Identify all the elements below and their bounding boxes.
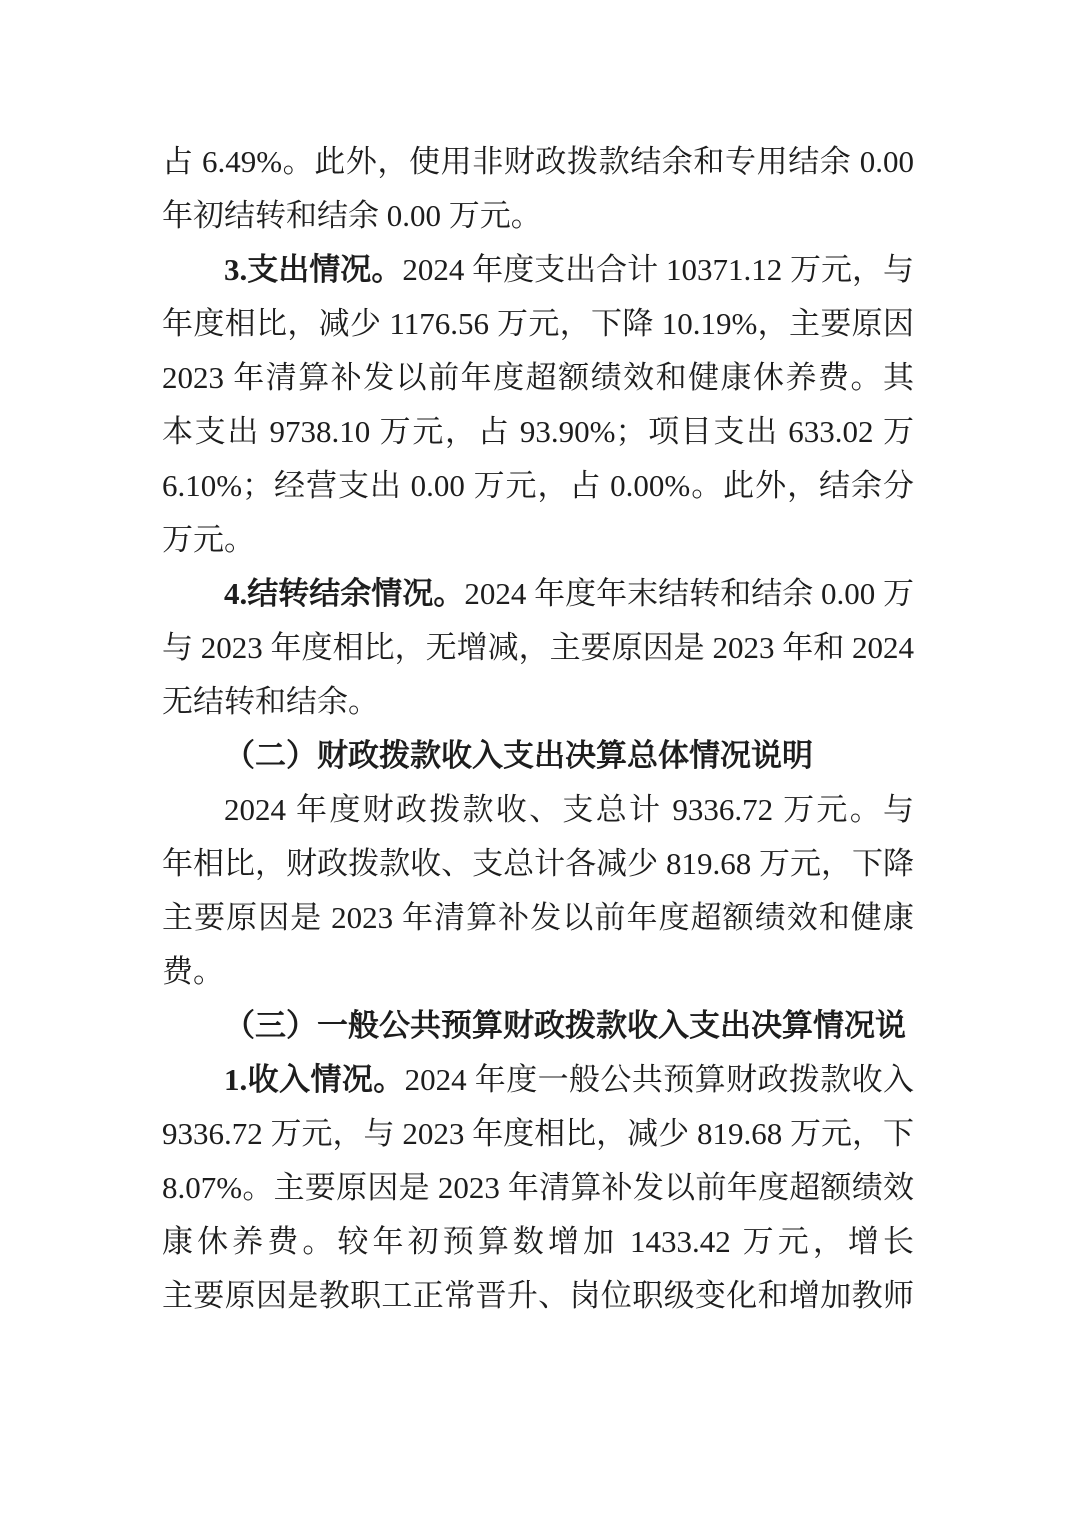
body-text: 占 6.49%。此外，使用非财政拨款结余和专用结余 0.00 万元， [162, 144, 914, 189]
body-text: 费。 [162, 954, 224, 989]
text-line: 1.收入情况。2024 年度一般公共预算财政拨款收入 [162, 1053, 914, 1107]
text-line: 2023 年清算补发以前年度超额绩效和健康休养费。其中：基 [162, 351, 914, 405]
text-line: 3.支出情况。2024 年度支出合计 10371.12 万元，与 2023 [162, 243, 914, 297]
document-body-text: 占 6.49%。此外，使用非财政拨款结余和专用结余 0.00 万元， 年初结转和… [162, 135, 914, 1323]
body-text: 主要原因是教职工正常晋升、岗位职级变化和增加教师 43 [162, 1278, 914, 1323]
text-line: 主要原因是 2023 年清算补发以前年度超额绩效和健康休养 [162, 891, 914, 945]
paragraph-fiscal-total: 2024 年度财政拨款收、支总计 9336.72 万元。与 2023 年相比，财… [162, 783, 914, 999]
body-text: 年度相比，减少 1176.56 万元，下降 10.19%，主要原因是 [162, 306, 914, 351]
text-line: 与 2023 年度相比，无增减，主要原因是 2023 年和 2024 年均 [162, 621, 914, 675]
body-text: 康休养费。较年初预算数增加 1433.42 万元，增长 18.14%。 [162, 1224, 914, 1269]
document-page: 占 6.49%。此外，使用非财政拨款结余和专用结余 0.00 万元， 年初结转和… [0, 0, 1075, 1520]
paragraph-expenditure: 3.支出情况。2024 年度支出合计 10371.12 万元，与 2023 年度… [162, 243, 914, 567]
heading-line: （二）财政拨款收入支出决算总体情况说明 [162, 729, 914, 783]
body-text: 本支出 9738.10 万元，占 93.90%；项目支出 633.02 万元，占 [162, 414, 914, 459]
text-line: 9336.72 万元，与 2023 年度相比，减少 819.68 万元，下降 [162, 1107, 914, 1161]
heading-line: （三）一般公共预算财政拨款收入支出决算情况说明 [162, 999, 914, 1053]
body-text: 8.07%。主要原因是 2023 年清算补发以前年度超额绩效和健 [162, 1170, 914, 1215]
section-heading-text: （二）财政拨款收入支出决算总体情况说明 [224, 738, 813, 773]
item-lead-bold: 4.结转结余情况。 [224, 576, 464, 611]
paragraph-continuation: 占 6.49%。此外，使用非财政拨款结余和专用结余 0.00 万元， 年初结转和… [162, 135, 914, 243]
body-text: 年初结转和结余 0.00 万元。 [162, 198, 542, 233]
paragraph-carryover: 4.结转结余情况。2024 年度年末结转和结余 0.00 万元， 与 2023 … [162, 567, 914, 729]
body-text: 无结转和结余。 [162, 684, 379, 719]
paragraph-income: 1.收入情况。2024 年度一般公共预算财政拨款收入 9336.72 万元，与 … [162, 1053, 914, 1323]
text-line: 8.07%。主要原因是 2023 年清算补发以前年度超额绩效和健 [162, 1161, 914, 1215]
text-line: 年初结转和结余 0.00 万元。 [162, 189, 914, 243]
section-heading-3: （三）一般公共预算财政拨款收入支出决算情况说明 [162, 999, 914, 1053]
body-text: 9336.72 万元，与 2023 年度相比，减少 819.68 万元，下降 [162, 1116, 914, 1161]
body-text: 年相比，财政拨款收、支总计各减少 819.68 万元，下降 8.07%。 [162, 846, 914, 891]
text-line: 主要原因是教职工正常晋升、岗位职级变化和增加教师 43 [162, 1269, 914, 1323]
text-line: 无结转和结余。 [162, 675, 914, 729]
item-lead-bold: 3.支出情况。 [224, 252, 402, 287]
body-text: 与 2023 年度相比，无增减，主要原因是 2023 年和 2024 年均 [162, 630, 914, 675]
body-text: 6.10%；经营支出 0.00 万元，占 0.00%。此外，结余分配 104.5… [162, 468, 914, 513]
text-line: 万元。 [162, 513, 914, 567]
text-line: 4.结转结余情况。2024 年度年末结转和结余 0.00 万元， [162, 567, 914, 621]
text-line: 6.10%；经营支出 0.00 万元，占 0.00%。此外，结余分配 104.5… [162, 459, 914, 513]
text-line: 年度相比，减少 1176.56 万元，下降 10.19%，主要原因是 [162, 297, 914, 351]
body-text: 2023 年清算补发以前年度超额绩效和健康休养费。其中：基 [162, 360, 914, 405]
text-line: 本支出 9738.10 万元，占 93.90%；项目支出 633.02 万元，占 [162, 405, 914, 459]
body-text: 万元。 [162, 522, 255, 557]
body-text: 2024 年度一般公共预算财政拨款收入 [405, 1062, 914, 1097]
body-text: 主要原因是 2023 年清算补发以前年度超额绩效和健康休养 [162, 900, 914, 945]
section-heading-text: （三）一般公共预算财政拨款收入支出决算情况说明 [162, 1008, 906, 1053]
text-line: 2024 年度财政拨款收、支总计 9336.72 万元。与 2023 [162, 783, 914, 837]
body-text: 2024 年度财政拨款收、支总计 9336.72 万元。与 2023 [162, 792, 914, 837]
text-line: 年相比，财政拨款收、支总计各减少 819.68 万元，下降 8.07%。 [162, 837, 914, 891]
text-line: 费。 [162, 945, 914, 999]
text-line: 康休养费。较年初预算数增加 1433.42 万元，增长 18.14%。 [162, 1215, 914, 1269]
section-heading-2: （二）财政拨款收入支出决算总体情况说明 [162, 729, 914, 783]
text-line: 占 6.49%。此外，使用非财政拨款结余和专用结余 0.00 万元， [162, 135, 914, 189]
item-lead-bold: 1.收入情况。 [224, 1062, 405, 1097]
